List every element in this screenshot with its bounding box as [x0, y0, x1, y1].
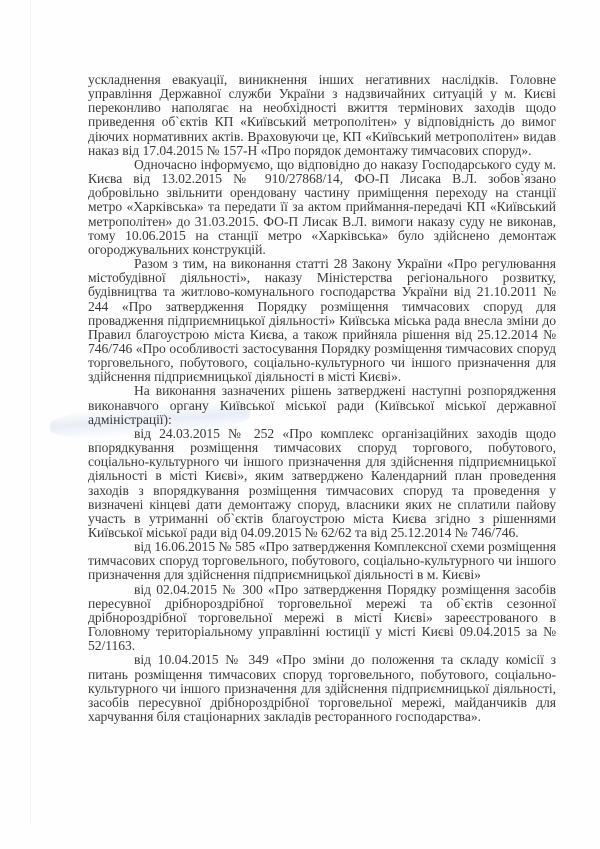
paragraph-court-order: Одночасно інформуємо, що відповідно до н… — [88, 158, 556, 257]
paragraph-order-300: від 02.04.2015 № 300 «Про затвердження П… — [88, 583, 556, 654]
paragraph-executive-orders-intro: На виконання зазначених рішень затвердже… — [88, 384, 556, 426]
paragraph-order-349: від 10.04.2015 № 349 «Про зміни до полож… — [88, 653, 556, 724]
paragraph-evacuation-consequences: ускладнення евакуації, виникнення інших … — [88, 73, 556, 158]
document-page: ускладнення евакуації, виникнення інших … — [0, 0, 600, 849]
paragraph-law-article-28: Разом з тим, на виконання статті 28 Зако… — [88, 257, 556, 384]
scan-edge-shadow — [30, 0, 31, 825]
paragraph-order-252: від 24.03.2015 № 252 «Про комплекс орган… — [88, 427, 556, 540]
paragraph-order-585: від 16.06.2015 № 585 «Про затвердження К… — [88, 540, 556, 582]
document-body: ускладнення евакуації, виникнення інших … — [88, 73, 556, 724]
